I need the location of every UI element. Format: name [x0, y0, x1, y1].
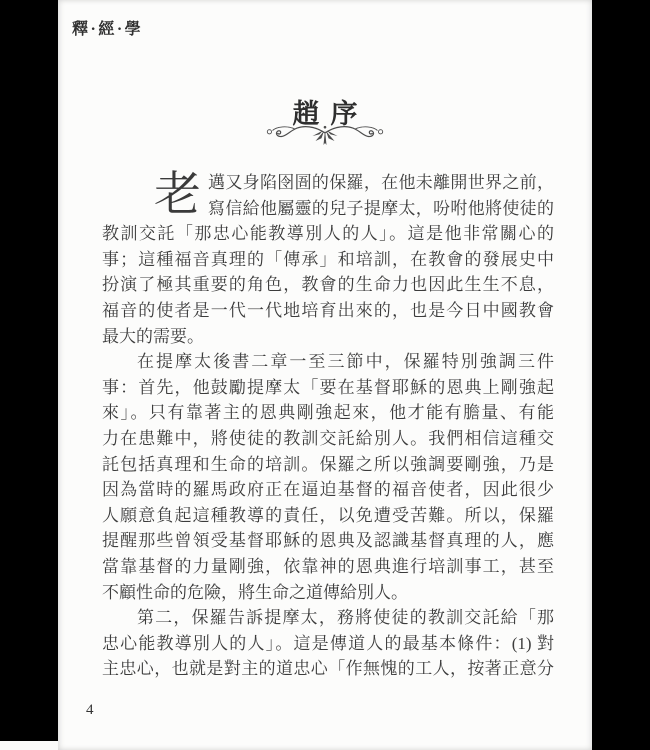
text-line: 提醒那些曾領受基督耶穌的恩典及認識基督真理的人，應	[102, 528, 554, 554]
text-line: 因為當時的羅馬政府正在逼迫基督的福音使者，因此很少	[102, 477, 554, 503]
flourish-ornament-icon	[58, 123, 592, 155]
text-line: 來」。只有靠著主的恩典剛強起來，他才能有膽量、有能	[102, 400, 554, 426]
text-line: 在提摩太後書二章一至三節中，保羅特別強調三件	[102, 349, 554, 375]
text-line: 邁又身陷囹圄的保羅，在他未離開世界之前，	[208, 170, 554, 196]
text-line: 主忠心，也就是對主的道忠心「作無愧的工人，按著正意分	[102, 656, 554, 682]
scanned-book-page: { "page": { "running_header": "釋·經·學", "…	[0, 0, 650, 750]
body-text: 老邁又身陷囹圄的保羅，在他未離開世界之前，寫信給他屬靈的兒子提摩太，吩咐他將使徒…	[102, 170, 554, 682]
text-line: 忠心能教導別人的人」。這是傳道人的最基本條件：(1) 對	[102, 631, 554, 657]
text-line: 事；這種福音真理的「傳承」和培訓，在教會的發展史中	[102, 247, 554, 273]
text-line: 福音的使者是一代一代地培育出來的，也是今日中國教會	[102, 298, 554, 324]
text-line: 當靠基督的力量剛強，依靠神的恩典進行培訓事工，甚至	[102, 554, 554, 580]
text-line: 教訓交託「那忠心能教導別人的人」。這是他非常關心的	[102, 221, 554, 247]
book-page: 釋·經·學 趙序 老邁又身陷囹圄的保羅，在他未	[58, 0, 592, 750]
ornament-svg	[264, 123, 386, 150]
drop-cap: 老	[154, 170, 201, 221]
paragraph: 在提摩太後書二章一至三節中，保羅特別強調三件事：首先，他鼓勵提摩太「要在基督耶穌…	[102, 349, 554, 605]
text-line: 人願意負起這種教導的責任，以免遭受苦難。所以，保羅	[102, 503, 554, 529]
page-number: 4	[86, 702, 94, 719]
paragraph: 老邁又身陷囹圄的保羅，在他未離開世界之前，寫信給他屬靈的兒子提摩太，吩咐他將使徒…	[102, 170, 554, 349]
scan-corner-patch	[0, 741, 58, 750]
text-line: 寫信給他屬靈的兒子提摩太，吩咐他將使徒的	[208, 196, 554, 222]
text-line: 不顧性命的危險，將生命之道傳給別人。	[102, 580, 554, 606]
scan-edge-left	[0, 0, 58, 741]
text-line: 扮演了極其重要的角色，教會的生命力也因此生生不息，	[102, 272, 554, 298]
text-line: 事：首先，他鼓勵提摩太「要在基督耶穌的恩典上剛強起	[102, 375, 554, 401]
text-line: 第二，保羅告訴提摩太，務將使徒的教訓交託給「那	[102, 605, 554, 631]
scan-edge-right	[592, 0, 650, 750]
text-line: 最大的需要。	[102, 324, 554, 350]
paragraph: 第二，保羅告訴提摩太，務將使徒的教訓交託給「那忠心能教導別人的人」。這是傳道人的…	[102, 605, 554, 682]
text-line: 力在患難中，將使徒的教訓交託給別人。我們相信這種交	[102, 426, 554, 452]
running-header: 釋·經·學	[72, 16, 143, 39]
text-line: 託包括真理和生命的培訓。保羅之所以強調要剛強，乃是	[102, 452, 554, 478]
